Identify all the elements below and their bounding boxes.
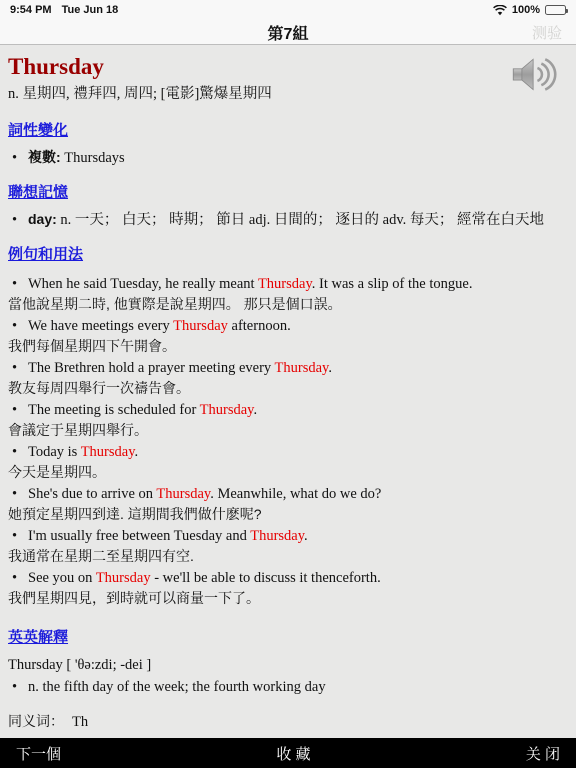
- headword-definition: n. 星期四, 禮拜四, 周四; [電影]驚爆星期四: [8, 85, 566, 105]
- entry-content: Thursday n. 星期四, 禮拜四, 周四; [電影]驚爆星期四 詞性變化…: [0, 45, 576, 738]
- status-right: 100%: [493, 4, 566, 16]
- example-sentence-zh: 教友每周四舉行一次禱告會。: [8, 379, 566, 399]
- bullet-icon: •: [8, 678, 28, 698]
- example-text: .: [304, 528, 308, 544]
- bullet-icon: •: [8, 443, 28, 463]
- highlighted-word: Thursday: [275, 360, 329, 376]
- example-sentence-en: •The Brethren hold a prayer meeting ever…: [8, 359, 566, 379]
- example-text: .: [328, 360, 332, 376]
- next-word-button[interactable]: 下一個: [16, 743, 61, 764]
- example-sentence-zh: 她預定星期四到達. 這期間我們做什麽呢?: [8, 505, 566, 525]
- example-text: I'm usually free between Tuesday and: [28, 528, 250, 544]
- headword: Thursday: [8, 53, 566, 80]
- mnemonic-item: •day: n. 一天； 白天； 時期； 節日 adj. 日間的； 逐日的 ad…: [8, 210, 566, 231]
- example-text: When he said Tuesday, he really meant: [28, 276, 258, 292]
- favorite-button[interactable]: 收 藏: [276, 743, 310, 764]
- example-sentence-zh: 我們星期四見，到時就可以商量一下了。: [8, 589, 566, 609]
- example-sentence-zh: 今天是星期四。: [8, 463, 566, 483]
- example-sentence-en: •I'm usually free between Tuesday and Th…: [8, 527, 566, 547]
- bullet-icon: •: [8, 485, 28, 505]
- example-text: . Meanwhile, what do we do?: [210, 486, 381, 502]
- nav-bar: 第7組 测验: [0, 20, 576, 45]
- example-text: - we'll be able to discuss it thencefort…: [151, 570, 381, 586]
- example-text: The meeting is scheduled for: [28, 402, 200, 418]
- example-text: afternoon.: [228, 318, 291, 334]
- bullet-icon: •: [8, 527, 28, 547]
- battery-icon: [545, 5, 566, 15]
- example-text: .: [135, 444, 139, 460]
- section-heading-mnemonic[interactable]: 聯想記憶: [8, 183, 68, 203]
- example-text: See you on: [28, 570, 96, 586]
- status-bar: 9:54 PM Tue Jun 18 100%: [0, 0, 576, 20]
- highlighted-word: Thursday: [156, 486, 210, 502]
- mnemonic-value: n. 一天； 白天； 時期； 節日 adj. 日間的； 逐日的 adv. 每天；…: [57, 212, 544, 228]
- en-definition-text: n. the fifth day of the week; the fourth…: [28, 679, 326, 695]
- nav-title-group: 第7組: [268, 21, 309, 44]
- example-text: Today is: [28, 444, 81, 460]
- example-text: . It was a slip of the tongue.: [312, 276, 473, 292]
- clock-date: Tue Jun 18: [62, 4, 119, 16]
- highlighted-word: Thursday: [258, 276, 312, 292]
- pos-value: Thursdays: [61, 150, 125, 166]
- status-left: 9:54 PM Tue Jun 18: [10, 4, 118, 16]
- bottom-toolbar: 下一個 收 藏 关 闭: [0, 738, 576, 768]
- synonym-value: Th: [64, 714, 88, 730]
- bullet-icon: •: [8, 211, 28, 231]
- example-text: We have meetings every: [28, 318, 173, 334]
- example-sentence-en: •She's due to arrive on Thursday. Meanwh…: [8, 485, 566, 505]
- section-heading-en-definition[interactable]: 英英解釋: [8, 628, 68, 648]
- quiz-button[interactable]: 测验: [532, 22, 562, 43]
- pos-label: 複數:: [28, 149, 61, 165]
- example-sentence-zh: 我們每個星期四下午開會。: [8, 337, 566, 357]
- speaker-icon[interactable]: [508, 55, 560, 93]
- example-sentence-en: •See you on Thursday - we'll be able to …: [8, 569, 566, 589]
- example-text: She's due to arrive on: [28, 486, 156, 502]
- example-sentence-zh: 我通常在星期二至星期四有空.: [8, 547, 566, 567]
- highlighted-word: Thursday: [250, 528, 304, 544]
- example-text: .: [254, 402, 258, 418]
- en-definition-item: •n. the fifth day of the week; the fourt…: [8, 678, 566, 698]
- close-button[interactable]: 关 闭: [526, 743, 560, 764]
- example-sentence-en: •The meeting is scheduled for Thursday.: [8, 401, 566, 421]
- synonym-line: 同义词：Th: [8, 712, 566, 733]
- section-heading-pos-change[interactable]: 詞性變化: [8, 121, 68, 141]
- pos-change-item: •複數: Thursdays: [8, 148, 566, 169]
- highlighted-word: Thursday: [81, 444, 135, 460]
- bullet-icon: •: [8, 401, 28, 421]
- bullet-icon: •: [8, 149, 28, 169]
- mnemonic-label: day:: [28, 211, 57, 227]
- example-sentence-en: •When he said Tuesday, he really meant T…: [8, 275, 566, 295]
- highlighted-word: Thursday: [200, 402, 254, 418]
- bullet-icon: •: [8, 275, 28, 295]
- synonym-label: 同义词：: [8, 713, 64, 729]
- highlighted-word: Thursday: [96, 570, 151, 586]
- section-heading-examples[interactable]: 例句和用法: [8, 245, 83, 265]
- clock-time: 9:54 PM: [10, 4, 52, 16]
- battery-percent: 100%: [512, 4, 540, 16]
- example-text: The Brethren hold a prayer meeting every: [28, 360, 275, 376]
- example-sentence-zh: 會議定于星期四舉行。: [8, 421, 566, 441]
- bullet-icon: •: [8, 317, 28, 337]
- bullet-icon: •: [8, 359, 28, 379]
- highlighted-word: Thursday: [173, 318, 228, 334]
- example-sentence-zh: 當他說星期二時, 他實際是說星期四。 那只是個口誤。: [8, 295, 566, 315]
- dictionary-app-window: 9:54 PM Tue Jun 18 100% 第7組 测验: [0, 0, 576, 768]
- bullet-icon: •: [8, 569, 28, 589]
- example-sentence-en: •Today is Thursday.: [8, 443, 566, 463]
- wifi-icon: [493, 5, 507, 16]
- pronunciation: Thursday [ 'θə:zdi; -dei ]: [8, 656, 566, 676]
- example-sentence-en: •We have meetings every Thursday afterno…: [8, 317, 566, 337]
